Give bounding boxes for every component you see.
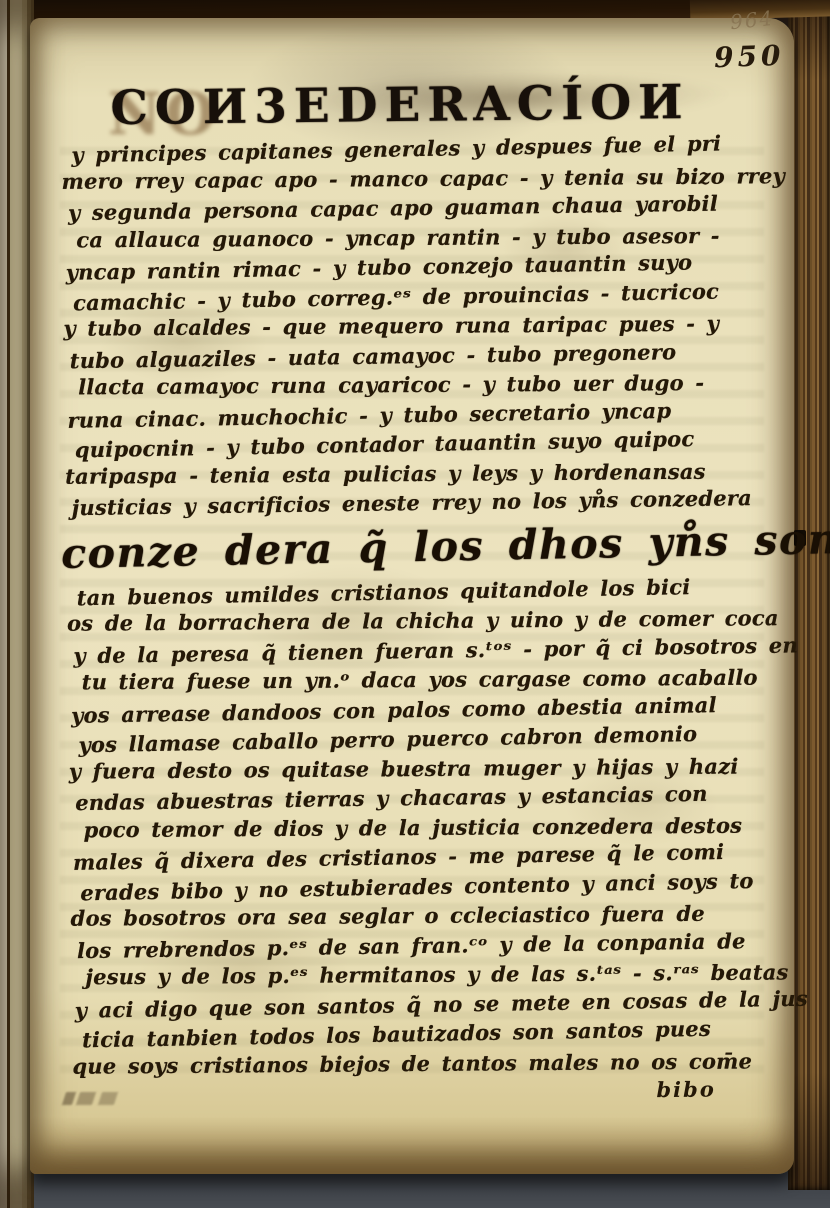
folio-number: 950	[713, 39, 785, 74]
body-paragraph-2: tan buenos umildes cristianos quitandole…	[66, 572, 784, 1082]
page-title: COИ3EDERACÍOИ	[70, 75, 731, 137]
manuscript-photo: 964 950 NO COИ3EDERACÍOИ y principes cap…	[0, 0, 830, 1208]
emphasis-line: conze dera q̃ los dhos yn̊s son	[61, 514, 778, 580]
manuscript-line: que soys cristianos biejos de tantos mal…	[72, 1046, 783, 1081]
left-page-edges	[0, 0, 34, 1208]
body-paragraph-1: y principes capitanes generales y despue…	[60, 130, 777, 522]
folio-number-faded: 964	[729, 6, 775, 34]
book-fore-edge	[788, 10, 830, 1190]
ink-smudge	[62, 1092, 144, 1105]
manuscript-text: y principes capitanes generales y despue…	[60, 130, 784, 1110]
